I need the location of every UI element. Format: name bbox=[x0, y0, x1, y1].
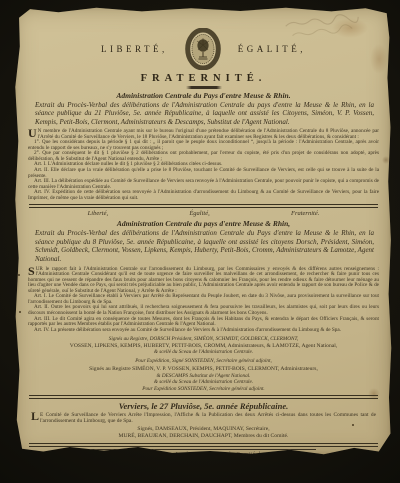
section-divider bbox=[29, 443, 378, 447]
extrait-paragraph-1: Extrait du Procès-Verbal des délibératio… bbox=[35, 101, 374, 127]
signature-line: Pour Expédition, Signé SONSTEDEN, Secrét… bbox=[28, 358, 379, 364]
signature-line: Pour Expédition SONSTEDEN, Secrétaire gé… bbox=[28, 386, 379, 392]
photo-of-document: { "header": { "left": "LIBERTÉ,", "right… bbox=[0, 0, 400, 483]
seal-stamp-icon bbox=[185, 28, 221, 70]
signature-line: Signés au Registre SIMÉON, V. P. VOSSEN,… bbox=[28, 366, 379, 373]
section-divider bbox=[29, 204, 378, 208]
document-paper: LIBERTÉ, ÉGALITÉ, FRATERNITÉ. Administra… bbox=[13, 6, 392, 456]
masthead: LIBERTÉ, ÉGALITÉ, bbox=[28, 28, 379, 70]
egalite-heading: ÉGALITÉ, bbox=[238, 44, 306, 54]
motto-egalite: Égalité, bbox=[189, 210, 209, 217]
administration-title-1: Administration Centrale du Pays d'entre … bbox=[28, 91, 379, 100]
signature-block: Signés au Registre, DORSCH Président, SI… bbox=[28, 336, 379, 392]
motto-row: Liberté, Égalité, Fraternité. bbox=[88, 210, 320, 217]
comite-resolution: LE Comité de Surveillance de Verviers Ar… bbox=[31, 412, 376, 424]
dropcap-l: L bbox=[31, 412, 40, 421]
fraternite-heading: FRATERNITÉ. bbox=[28, 73, 379, 84]
dropcap-u: U bbox=[28, 129, 38, 138]
extrait-paragraph-2: Extrait du Procès-Verbal des délibératio… bbox=[35, 229, 374, 263]
comite-signatures: Signés, DAMSEAUX, Président, MAQUINAY, S… bbox=[28, 426, 379, 440]
motto-fraternite: Fraternité. bbox=[291, 210, 319, 217]
verviers-dateline: Verviers, le 27 Pluviôse, 5e. année Répu… bbox=[28, 401, 379, 411]
signature-line: MURÉ, BEAUJEAN, DERCHAIN, DAUCHAPT, Memb… bbox=[28, 433, 379, 440]
dropcap-s: S bbox=[28, 267, 36, 276]
ornament-divider bbox=[186, 86, 222, 89]
motto-liberte: Liberté, bbox=[88, 210, 108, 217]
administration-title-2: Administration Centrale du pays d'entre … bbox=[28, 219, 379, 228]
decree-body-1: UN membre de l'Administration Centrale a… bbox=[28, 129, 379, 201]
document-content: LIBERTÉ, ÉGALITÉ, FRATERNITÉ. Administra… bbox=[13, 6, 392, 458]
section-divider bbox=[29, 395, 378, 399]
signature-line: & scellé du Sceau de l'Administration Ce… bbox=[28, 349, 379, 355]
decree2-article-2: Art. II. Outre les pouvoirs qui lui sont… bbox=[28, 305, 379, 316]
decree-body-2: SUR le rapport fait à l'Administration C… bbox=[28, 267, 379, 334]
decree1-article-4: Art. IV. Expédition de cette délibératio… bbox=[28, 190, 379, 201]
liberte-heading: LIBERTÉ, bbox=[101, 44, 168, 54]
decree2-article-4: Art. IV. La présente délibération sera e… bbox=[28, 328, 379, 334]
signature-line: VOSSEN, LIPKENS, KEMPIS, HUBERTY, PETIT-… bbox=[28, 343, 379, 350]
decree2-intro: SUR le rapport fait à l'Administration C… bbox=[28, 267, 379, 295]
